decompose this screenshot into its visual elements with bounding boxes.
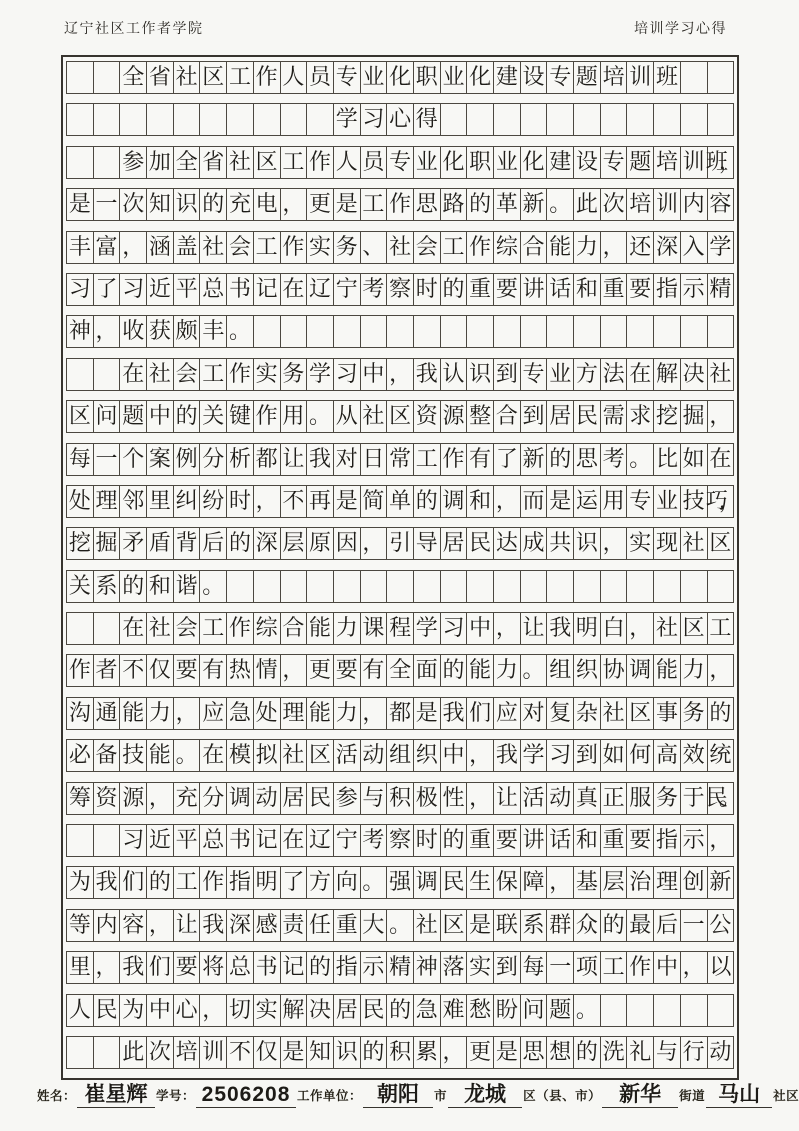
grid-cell: 现 [654,527,681,560]
grid-cell: 得 [414,103,441,136]
grid-cell: 、 [361,231,388,264]
grid-cell: 急 [227,697,254,730]
grid-cell: 于 [681,782,708,815]
grid-cell: 还 [627,231,654,264]
grid-cell: 里 [147,485,174,518]
grid-cell [441,570,468,603]
grid-cell: 区 [441,909,468,942]
grid-cell: 群 [547,909,574,942]
grid-cell: ， [601,527,628,560]
grid-cell: 到 [494,951,521,984]
grid-cell: 综 [494,231,521,264]
grid-cell: 作 [200,866,227,899]
grid-cell: 任 [307,909,334,942]
grid-cell: 中 [441,739,468,772]
grid-cell: 要 [627,273,654,306]
grid-cell: 织 [414,739,441,772]
name-label: 姓名： [36,1086,77,1108]
grid-cell: 要 [494,273,521,306]
grid-cell: 工 [601,951,628,984]
grid-cell: 学 [334,103,361,136]
grid-cell: 和 [574,273,601,306]
grid-cell: 会 [174,358,201,391]
grid-cell: 重 [467,824,494,857]
manuscript-line: 为我们的工作指明了方向。强调民生保障，基层治理创新 [66,866,734,899]
grid-cell: 的 [387,994,414,1027]
grid-cell: 感 [254,909,281,942]
document-type-label: 培训学习心得 [634,18,727,38]
grid-cell [94,103,121,136]
grid-cell: 业 [494,146,521,179]
grid-cell: 内 [681,188,708,221]
grid-cell [174,103,201,136]
grid-cell: 情 [254,654,281,687]
grid-cell: 学 [708,231,735,264]
grid-cell [361,570,388,603]
grid-cell: 仅 [254,1036,281,1069]
grid-cell: 层 [601,866,628,899]
community-value: 马山 [706,1084,772,1108]
grid-cell: 因 [334,527,361,560]
grid-cell: 识 [174,188,201,221]
grid-cell [281,570,308,603]
grid-cell: 资 [94,782,121,815]
grid-cell [334,570,361,603]
grid-cell: 化 [521,146,548,179]
grid-cell: 的 [441,273,468,306]
grid-cell: 不 [281,485,308,518]
grid-cell: 察 [387,824,414,857]
grid-cell: 的 [227,527,254,560]
grid-cell: 调 [627,654,654,687]
grid-cell: 每 [521,951,548,984]
grid-cell: 切 [227,994,254,1027]
grid-cell: 时 [414,273,441,306]
grid-cell: 我 [200,909,227,942]
grid-cell: 次 [120,188,147,221]
grid-cell: 社 [387,231,414,264]
grid-cell: 要 [174,654,201,687]
grid-cell: 收 [120,315,147,348]
grid-cell: 为 [66,866,94,899]
manuscript-line: 区问题中的关键作用。从社区资源整合到居民需求挖掘， [66,400,734,433]
grid-cell: 礼 [627,1036,654,1069]
grid-cell [521,315,548,348]
grid-cell: 我 [94,866,121,899]
grid-cell: 社 [708,358,735,391]
grid-cell: 工 [414,443,441,476]
grid-cell: 备 [94,739,121,772]
grid-cell: 需 [601,400,628,433]
grid-cell: 重 [467,273,494,306]
grid-cell: 系 [521,909,548,942]
grid-cell: 学 [414,612,441,645]
grid-cell: 向 [334,866,361,899]
grid-cell: 更 [467,1036,494,1069]
grid-cell: 涵 [147,231,174,264]
grid-cell [120,103,147,136]
grid-cell: 训 [681,146,708,179]
grid-cell: 工 [441,231,468,264]
grid-cell: 化 [441,146,468,179]
grid-cell: 案 [147,443,174,476]
grid-cell: 背 [174,527,201,560]
grid-cell: 了 [281,866,308,899]
grid-cell: 基 [574,866,601,899]
grid-cell: 都 [387,697,414,730]
grid-cell [441,103,468,136]
grid-cell: 原 [307,527,334,560]
grid-cell: 业 [654,485,681,518]
grid-cell: 掘 [94,527,121,560]
grid-cell: 单 [387,485,414,518]
grid-cell: 作 [387,188,414,221]
grid-cell: 训 [200,1036,227,1069]
grid-cell: 记 [254,273,281,306]
grid-cell: 区 [200,61,227,94]
grid-cell: 题 [547,994,574,1027]
name-value: 崔星辉 [77,1084,155,1108]
grid-cell: 析 [227,443,254,476]
grid-cell: 为 [120,994,147,1027]
grid-cell: 对 [334,443,361,476]
grid-cell: 的 [467,188,494,221]
grid-cell: 引 [387,527,414,560]
grid-cell: 而 [521,485,548,518]
manuscript-line: 丰富，涵盖社会工作实务、社会工作综合能力，还深入学 [66,231,734,264]
grid-cell: 务 [281,358,308,391]
grid-cell: 理 [281,697,308,730]
grid-cell: 是 [281,1036,308,1069]
grid-cell [307,570,334,603]
grid-cell: 洗 [601,1036,628,1069]
grid-cell: 班， [708,146,735,179]
grid-cell: 是 [66,188,94,221]
grid-cell [708,315,735,348]
grid-cell [601,570,628,603]
grid-cell: 组 [547,654,574,687]
grid-cell: ， [281,654,308,687]
grid-cell: 参 [334,782,361,815]
grid-cell: ， [120,231,147,264]
grid-cell: 是 [414,697,441,730]
grid-cell: 应 [200,697,227,730]
scanned-document-page: { "header": { "left": "辽宁社区工作者学院", "righ… [0,0,799,1131]
grid-cell: 辽 [307,824,334,857]
grid-cell: 区 [387,400,414,433]
grid-cell [66,1036,94,1069]
grid-cell: 。 [521,654,548,687]
manuscript-line: 等内容，让我深感责任重大。社区是联系群众的最后一公 [66,909,734,942]
grid-cell: 求 [627,400,654,433]
grid-cell [467,103,494,136]
grid-cell: 不 [227,1036,254,1069]
grid-cell: 作 [254,400,281,433]
grid-cell: 有 [467,443,494,476]
grid-cell: 用 [601,485,628,518]
grid-cell: 简 [361,485,388,518]
grid-cell: 调 [227,782,254,815]
grid-cell [601,103,628,136]
grid-cell: 的 [174,400,201,433]
grid-cell: 实 [254,994,281,1027]
grid-cell: ， [387,358,414,391]
footer-identification-line: 姓名： 崔星辉 学号： 2506208 工作单位： 朝阳 市 龙城 区（县、市）… [36,1084,791,1108]
grid-cell: 识 [467,358,494,391]
grid-cell: 热 [227,654,254,687]
manuscript-line: 神，收获颇丰。 [66,315,734,348]
grid-cell: 。 [361,866,388,899]
grid-cell: 技 [120,739,147,772]
grid-cell [307,103,334,136]
grid-cell [708,994,735,1027]
grid-cell: 每 [66,443,94,476]
grid-cell: ， [147,909,174,942]
grid-cell: 筹 [66,782,94,815]
grid-cell: 全 [387,654,414,687]
grid-cell: 次 [601,188,628,221]
grid-cell: 理 [94,485,121,518]
grid-cell: 服 [627,782,654,815]
grid-cell: 以 [708,951,735,984]
grid-cell: 的 [307,951,334,984]
grid-cell: 考 [361,273,388,306]
grid-cell: 察 [387,273,414,306]
grid-cell [414,570,441,603]
grid-cell: 要 [334,654,361,687]
grid-cell: 宁 [334,273,361,306]
grid-cell: 事 [654,697,681,730]
grid-cell: 训 [627,61,654,94]
grid-cell: 业 [361,61,388,94]
grid-cell: 全 [120,61,147,94]
grid-cell [94,1036,121,1069]
grid-cell [521,103,548,136]
grid-cell: 对 [521,697,548,730]
grid-cell: 盖 [174,231,201,264]
grid-cell: 解 [281,994,308,1027]
grid-cell: 充 [227,188,254,221]
grid-cell [387,570,414,603]
grid-cell: 能 [547,231,574,264]
grid-cell: 作 [227,612,254,645]
grid-cell: ， [708,824,735,857]
grid-cell: 纷 [200,485,227,518]
grid-cell: 是 [334,188,361,221]
grid-cell: 性 [441,782,468,815]
grid-cell: 会 [414,231,441,264]
grid-cell [66,103,94,136]
grid-cell: 公 [708,909,735,942]
grid-cell: 处 [66,485,94,518]
grid-cell [94,612,121,645]
grid-cell: 活 [334,739,361,772]
grid-cell: 日 [361,443,388,476]
grid-cell [601,994,628,1027]
grid-cell: 民 [441,866,468,899]
grid-cell: 里 [66,951,94,984]
grid-cell: 动 [361,739,388,772]
grid-cell: 解 [654,358,681,391]
grid-cell: 源 [120,782,147,815]
grid-cell: 社 [681,527,708,560]
grid-cell: 系 [94,570,121,603]
grid-cell: 精 [708,273,735,306]
grid-cell: 重 [334,909,361,942]
grid-cell: 在 [120,358,147,391]
manuscript-line: 必备技能。在模拟社区活动组织中，我学习到如何高效统 [66,739,734,772]
grid-cell [654,570,681,603]
grid-cell [547,103,574,136]
grid-cell: 白 [601,612,628,645]
grid-cell: 记 [254,824,281,857]
grid-cell: 社 [361,400,388,433]
grid-cell: 通 [94,697,121,730]
grid-cell: ， [254,485,281,518]
grid-cell: 更 [307,188,334,221]
grid-cell: 成 [521,527,548,560]
manuscript-line: 学习心得 [66,103,734,136]
grid-cell: ， [94,315,121,348]
grid-cell: 题 [120,400,147,433]
grid-cell [66,612,94,645]
grid-cell: 的 [574,1036,601,1069]
grid-cell [601,315,628,348]
grid-cell: 革 [494,188,521,221]
grid-cell [441,315,468,348]
grid-cell: 能 [654,654,681,687]
grid-cell: ， [627,612,654,645]
grid-cell: ， [200,994,227,1027]
manuscript-line: 习近平总书记在辽宁考察时的重要讲话和重要指示， [66,824,734,857]
student-id-label: 学号： [155,1086,196,1108]
grid-cell: 强 [387,866,414,899]
grid-cell: 新 [708,866,735,899]
grid-cell: 例 [174,443,201,476]
grid-cell: 务 [654,782,681,815]
grid-cell: 。 [227,315,254,348]
grid-cell: 务 [334,231,361,264]
grid-cell: 深 [654,231,681,264]
grid-cell: 到 [521,400,548,433]
grid-cell: 复 [547,697,574,730]
grid-cell: 学 [307,358,334,391]
grid-cell: 障 [521,866,548,899]
grid-cell: 。 [574,994,601,1027]
grid-cell: 与 [361,782,388,815]
grid-cell: 愁 [467,994,494,1027]
grid-cell: 盾 [147,527,174,560]
grid-cell: 和 [574,824,601,857]
grid-cell: 活 [521,782,548,815]
grid-cell: 后 [200,527,227,560]
grid-cell: 在 [627,358,654,391]
grid-cell: 社 [147,358,174,391]
grid-cell: 近 [147,273,174,306]
grid-cell: 总 [227,951,254,984]
grid-cell: 题 [627,146,654,179]
grid-cell [654,994,681,1027]
grid-cell: 应 [494,697,521,730]
grid-cell: 书 [254,951,281,984]
grid-cell: 作 [627,951,654,984]
grid-cell: 培 [654,146,681,179]
grid-cell: 想 [547,1036,574,1069]
grid-cell: 实 [467,951,494,984]
grid-cell: 让 [494,782,521,815]
grid-cell: 到 [574,739,601,772]
grid-cell: 巧， [708,485,735,518]
grid-cell: 化 [387,61,414,94]
grid-cell: 问 [521,994,548,1027]
grid-cell: 掘 [681,400,708,433]
manuscript-line: 筹资源，充分调动居民参与积极性，让活动真正服务于民。 [66,782,734,815]
manuscript-line: 处理邻里纠纷时，不再是简单的调和，而是运用专业技巧， [66,485,734,518]
grid-cell: 社 [601,697,628,730]
grid-cell: 心 [174,994,201,1027]
grid-cell: 后 [654,909,681,942]
grid-cell: 我 [547,612,574,645]
grid-cell: 民 [574,400,601,433]
grid-cell: 职 [467,146,494,179]
grid-cell: 的 [441,654,468,687]
grid-cell: 织 [574,654,601,687]
grid-cell: 次 [147,1036,174,1069]
grid-cell: 习 [334,358,361,391]
grid-cell: 不 [120,654,147,687]
grid-cell: 责 [281,909,308,942]
grid-cell: 生 [467,866,494,899]
grid-cell: 建 [494,61,521,94]
grid-cell: 理 [654,866,681,899]
grid-cell: 达 [494,527,521,560]
grid-cell [66,146,94,179]
grid-cell: 必 [66,739,94,772]
grid-cell: 常 [387,443,414,476]
grid-cell: 设 [574,146,601,179]
grid-cell: 都 [254,443,281,476]
grid-cell: 中 [147,994,174,1027]
grid-cell: 重 [601,273,628,306]
grid-cell: 的 [708,697,735,730]
grid-cell: 分 [200,782,227,815]
grid-cell [94,824,121,857]
subdistrict-value: 新华 [602,1084,678,1108]
grid-cell [307,315,334,348]
grid-cell: 专 [547,61,574,94]
grid-cell: 我 [414,358,441,391]
grid-cell: 书 [227,824,254,857]
grid-cell: 人 [281,61,308,94]
grid-cell [200,103,227,136]
grid-cell [681,103,708,136]
grid-cell: 联 [494,909,521,942]
grid-cell: 的 [441,824,468,857]
grid-cell: 力 [681,654,708,687]
grid-cell: 作 [66,654,94,687]
grid-cell: 重 [601,824,628,857]
grid-cell: 杂 [574,697,601,730]
grid-cell: 思 [574,443,601,476]
grid-cell: 指 [334,951,361,984]
grid-cell: 挖 [654,400,681,433]
grid-cell: 我 [441,697,468,730]
grid-cell: 工 [200,612,227,645]
grid-cell: 专 [627,485,654,518]
grid-cell: 培 [174,1036,201,1069]
grid-cell: 社 [174,61,201,94]
manuscript-line: 人民为中心，切实解决居民的急难愁盼问题。 [66,994,734,1027]
